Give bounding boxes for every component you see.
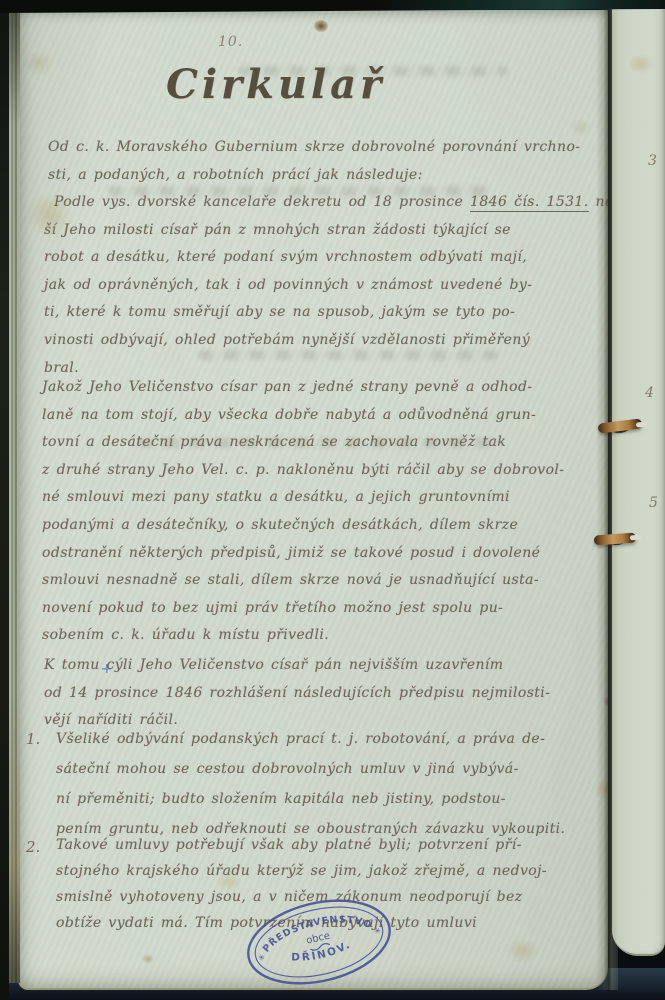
manuscript-line: ší Jeho milosti císař pán z mnohých stra… — [44, 217, 608, 245]
stain — [142, 954, 154, 964]
manuscript-line: smlouvi nesnadně se stali, dílem skrze n… — [42, 567, 564, 595]
manuscript-line: podanými a desátečníky, o skutečných des… — [42, 512, 564, 540]
manuscript-line: vinosti odbývají, ohled potřebám nynější… — [44, 327, 608, 355]
manuscript-line: sáteční mohou se cestou dobrovolných uml… — [56, 754, 565, 784]
manuscript-line: robot a desátku, které podaní svým vrchn… — [44, 244, 608, 272]
manuscript-line: od 14 prosince 1846 rozhlášení následují… — [44, 680, 550, 708]
manuscript-line: novení pokud to bez ujmi práv třetího mo… — [42, 595, 564, 623]
paragraph-intro: Od c. k. Moravského Gubernium skrze dobr… — [48, 134, 580, 189]
paragraph-decree: Podle vys. dvorské kancelaře dekretu od … — [44, 189, 608, 382]
paragraph-jakoz: Jakož Jeho Veličenstvo císar pan z jedné… — [42, 374, 564, 650]
document-title: Cirkulař — [166, 62, 385, 108]
manuscript-line: laně na tom stojí, aby všecka dobře naby… — [42, 402, 564, 430]
item-1-lines: Všeliké odbývání podanských prací t. j. … — [56, 724, 565, 844]
page-stack-shading — [9, 8, 20, 983]
manuscript-line: ní přeměniti; budto složením kapitála ne… — [56, 784, 565, 814]
decree-citation-underlined: 1846 čís. 1531. — [470, 194, 589, 212]
stain — [24, 50, 54, 76]
decree-text: Podle vys. dvorské kancelaře dekretu od … — [54, 194, 470, 210]
margin-number-5: 5 — [649, 496, 659, 510]
book-spine-edge — [0, 0, 9, 1000]
paragraph-ktomu: K tomu cýli Jeho Veličenstvo císař pán n… — [44, 652, 550, 735]
binding-thread-tip — [630, 535, 641, 541]
item-number: 1. — [26, 730, 40, 748]
manuscript-line: sti, a podaných, a robotních prácí jak n… — [48, 162, 580, 190]
manuscript-line: né smlouvi mezi pany statku a desátku, a… — [42, 484, 564, 512]
manuscript-line: stojného krajského úřadu kterýž se jim, … — [56, 858, 547, 884]
numbered-item-1: 1. Všeliké odbývání podanských prací t. … — [56, 724, 565, 844]
stamp-star-left: ✳ — [257, 953, 266, 963]
scanned-manuscript-photo: 3 4 5 10. Cirkulař Od c. k. Moravského G… — [0, 0, 665, 1000]
page-number: 10. — [218, 34, 243, 50]
manuscript-line: sobením c. k. úřadu k místu přivedli. — [42, 622, 564, 650]
manuscript-line: Od c. k. Moravského Gubernium skrze dobr… — [48, 134, 580, 162]
next-page-edge: 3 4 5 — [612, 6, 665, 956]
paragraph-decree-rest: ší Jeho milosti císař pán z mnohých stra… — [44, 217, 608, 383]
manuscript-page: 10. Cirkulař Od c. k. Moravského Guberni… — [18, 10, 608, 990]
manuscript-line: K tomu cýli Jeho Veličenstvo císař pán n… — [44, 652, 550, 680]
margin-number-4: 4 — [645, 386, 655, 400]
manuscript-line: odstranění některých předpisů, jimiž se … — [42, 540, 564, 568]
manuscript-line: Podle vys. dvorské kancelaře dekretu od … — [44, 189, 608, 217]
stamp-star-right: ✳ — [373, 926, 382, 936]
stain — [628, 54, 654, 74]
manuscript-line: Takové umluvy potřebují však aby platné … — [56, 832, 547, 858]
manuscript-line: tovní a desáteční práva neskrácená se za… — [42, 429, 564, 457]
margin-number-3: 3 — [648, 154, 658, 168]
manuscript-line: Všeliké odbývání podanských prací t. j. … — [56, 724, 565, 754]
stain — [314, 20, 328, 32]
item-number: 2. — [26, 838, 40, 856]
manuscript-line: Jakož Jeho Veličenstvo císar pan z jedné… — [42, 374, 564, 402]
blue-pen-mark — [102, 664, 111, 673]
stamp-top-text-curve: PŘEDSTAVENSTVO — [257, 905, 376, 956]
binding-gutter-shadow — [596, 6, 618, 990]
manuscript-line: ti, které k tomu směřují aby se na spuso… — [44, 299, 608, 327]
manuscript-line: z druhé strany Jeho Vel. c. p. nakloněnu… — [42, 457, 564, 485]
stain — [506, 938, 540, 964]
stamp-top-text: PŘEDSTAVENSTVO — [257, 905, 376, 956]
manuscript-line: jak od oprávněných, tak i od povinných v… — [44, 272, 608, 300]
